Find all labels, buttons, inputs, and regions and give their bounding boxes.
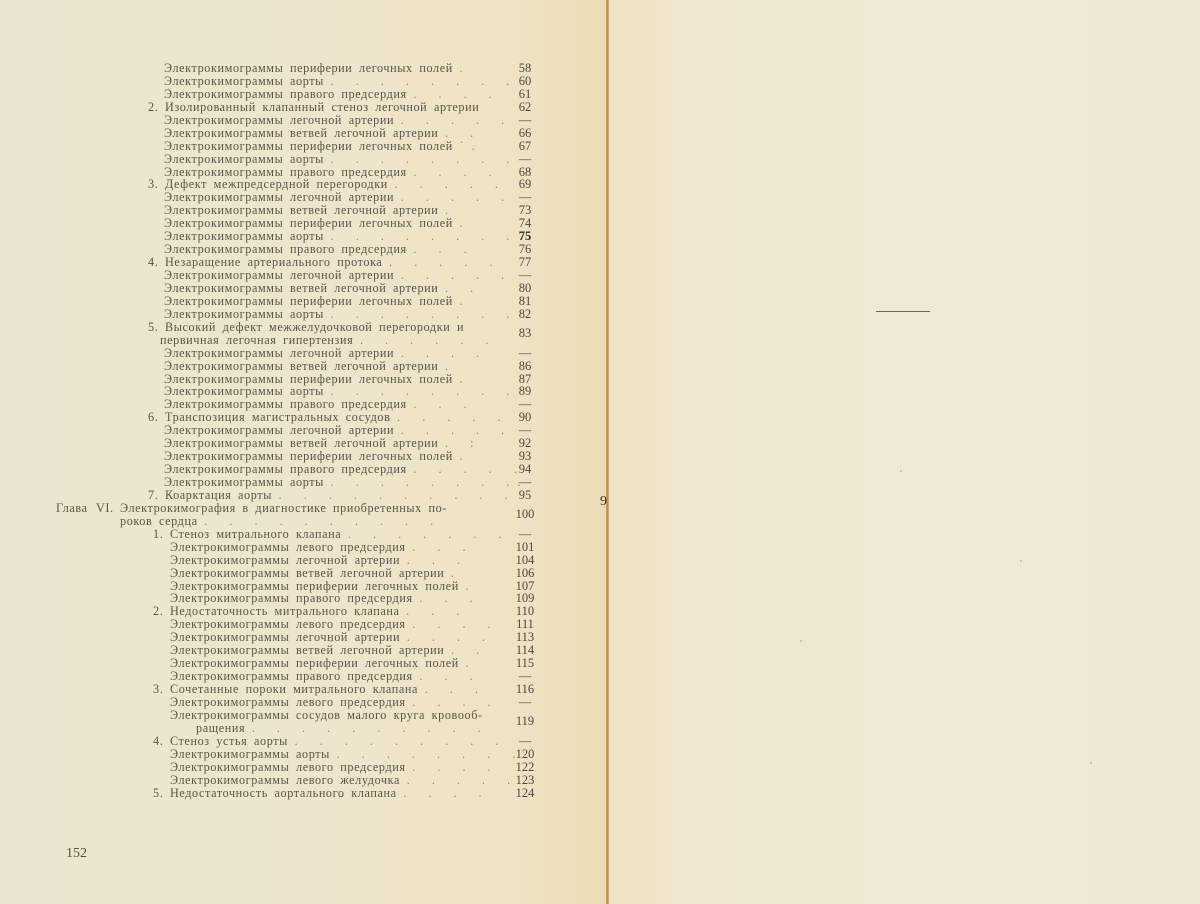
entry-title-text: роков сердца xyxy=(120,514,198,528)
entry-title-text: Электрокимограммы левого предсердия xyxy=(170,540,406,554)
page-reference: 101 xyxy=(510,541,540,554)
leader-dots: . . . . . xyxy=(401,113,512,127)
leader-dots: . . . . xyxy=(407,630,493,644)
leader-dots: . . . . . xyxy=(397,410,508,424)
entry-title-text: 2. Изолированный клапанный стеноз легочн… xyxy=(148,100,479,114)
toc-entry: Электрокимограммы сосудов малого круга к… xyxy=(56,709,540,735)
page-reference: — xyxy=(510,153,540,166)
page-reference: 119 xyxy=(510,715,540,728)
leader-dots: . . . xyxy=(425,682,486,696)
leader-dots: . . . . . xyxy=(407,773,518,787)
leader-dots: . . . . . . . . xyxy=(331,229,518,243)
leader-dots: . . . . . xyxy=(401,423,512,437)
page-reference: — xyxy=(510,528,540,541)
entry-title-text: Электрокимограммы правого предсердия xyxy=(164,462,407,476)
entry-title-text: Электрокимограммы аорты xyxy=(164,475,324,489)
page-number: 152 xyxy=(66,846,87,862)
leader-dots: . xyxy=(460,449,471,463)
entry-title-text: Электрокимограммы правого предсердия xyxy=(164,87,407,101)
leader-dots: ˙. xyxy=(460,139,483,153)
page-reference: — xyxy=(510,114,540,127)
entry-title-text: Электрокимограммы ветвей легочной артери… xyxy=(164,281,438,295)
leader-dots: . xyxy=(460,294,471,308)
entry-title-text: Электрокимограммы левого желудочка xyxy=(170,773,400,787)
toc-entry: 5. Высокий дефект межжелудочковой перего… xyxy=(56,321,540,347)
entry-title-text: Электрокимограммы легочной артерии xyxy=(164,113,394,127)
leader-dots: . . . . . . . . xyxy=(331,152,518,166)
entry-title-text: 7. Коарктация аорты xyxy=(148,488,272,502)
leader-dots: . . . . . . xyxy=(360,333,497,347)
entry-title-text: Электрокимограммы левого предсердия xyxy=(170,617,406,631)
entry-title-text: 6. Транспозиция магистральных сосудов xyxy=(148,410,390,424)
entry-title-text: Электрокимограммы левого предсердия xyxy=(170,760,406,774)
page-reference: 100 xyxy=(510,508,540,521)
spine-mark: 9 xyxy=(600,494,607,510)
leader-dots: . . . . . . . . . . xyxy=(279,488,516,502)
entry-title-text: Электрокимограммы правого предсердия xyxy=(170,669,413,683)
entry-title-text: Электрокимограммы периферии легочных пол… xyxy=(164,449,453,463)
leader-dots: . . . . . . . . . xyxy=(295,734,507,748)
leader-dots: . xyxy=(466,656,477,670)
page-reference: 123 xyxy=(510,774,540,787)
leader-dots: . . xyxy=(445,281,481,295)
entry-title-text: первичная легочная гипертензия xyxy=(160,333,353,347)
entry-title-text: Электрокимограммы легочной артерии xyxy=(164,423,394,437)
leader-dots: . . . . . xyxy=(395,177,506,191)
page-reference: 83 xyxy=(510,327,540,340)
entry-title-text: Электрокимограммы левого предсердия xyxy=(170,695,406,709)
entry-title-text: Электрокимограммы легочной артерии xyxy=(164,268,394,282)
leader-dots: . . . xyxy=(413,397,474,411)
page-reference: 62 xyxy=(510,101,540,114)
leader-dots: . . . . . . . . xyxy=(331,307,518,321)
leader-dots: . . . . xyxy=(412,695,498,709)
paper-speck xyxy=(330,640,332,642)
entry-title-text: Электрокимограммы ветвей легочной артери… xyxy=(164,436,438,450)
page-reference: 120 xyxy=(510,748,540,761)
entry-title-text: Электрокимограммы периферии легочных пол… xyxy=(164,372,453,386)
leader-dots: . . xyxy=(445,126,481,140)
entry-title-text: Электрокимограммы ветвей легочной артери… xyxy=(170,643,444,657)
leader-dots: . . . xyxy=(419,591,480,605)
leader-dots: . . . . . xyxy=(389,255,500,269)
page-reference: 104 xyxy=(510,554,540,567)
toc-chapter-entry: ГлаваVI.Электрокимография в диагностике … xyxy=(56,502,540,528)
leader-dots: . . . . . xyxy=(401,190,512,204)
leader-dots: . . . . xyxy=(401,346,487,360)
leader-dots: . . . . xyxy=(412,760,498,774)
leader-dots: . . . xyxy=(406,604,467,618)
entry-title-text: 3. Сочетанные пороки митрального клапана xyxy=(153,682,418,696)
page-reference: 66 xyxy=(510,127,540,140)
entry-title-text: ращения xyxy=(196,721,245,735)
page-reference: 82 xyxy=(510,308,540,321)
leader-dots: . . xyxy=(451,643,487,657)
entry-title-text: 5. Недостаточность аортального клапана xyxy=(153,786,397,800)
leader-dots: . . . xyxy=(412,540,473,554)
entry-title: 5. Недостаточность аортального клапана .… xyxy=(153,787,490,800)
entry-title-text: Электрокимограммы правого предсердия xyxy=(164,165,407,179)
entry-title-text: Электрокимограммы периферии легочных пол… xyxy=(164,61,453,75)
page-reference: 86 xyxy=(510,360,540,373)
leader-dots: . . . . xyxy=(412,617,498,631)
page-reference: — xyxy=(510,696,540,709)
page-reference: 80 xyxy=(510,282,540,295)
leader-dots: . : xyxy=(445,436,481,450)
entry-title-text: Электрокимограммы периферии легочных пол… xyxy=(164,139,453,153)
entry-title-text: Электрокимограммы аорты xyxy=(164,384,324,398)
entry-title-text: Электрокимограммы легочной артерии xyxy=(170,630,400,644)
right-page: Электрокимограммы аорты . . . . . . .124… xyxy=(609,0,1200,904)
leader-dots: . xyxy=(460,216,471,230)
page-reference: — xyxy=(510,347,540,360)
leader-dots: . . . xyxy=(407,553,468,567)
entry-title-text: 4. Стеноз устья аорты xyxy=(153,734,288,748)
entry-title-text: Электрокимограммы аорты xyxy=(164,229,324,243)
leader-dots: . . . xyxy=(419,669,480,683)
entry-title-text: 2. Недостаточность митрального клапана xyxy=(153,604,399,618)
leader-dots: . . . . xyxy=(403,786,489,800)
entry-title-text: Электрокимограммы правого предсердия xyxy=(170,591,413,605)
leader-dots: . xyxy=(460,61,471,75)
entry-title-text: Электрокимограммы сосудов малого круга к… xyxy=(170,708,483,722)
leader-dots: . xyxy=(466,579,477,593)
chapter-label: Глава xyxy=(56,502,88,515)
leader-dots: . . . . . . . . . . xyxy=(204,514,441,528)
entry-title-text: Электрокимограммы правого предсердия xyxy=(164,242,407,256)
leader-dots: . xyxy=(445,359,456,373)
left-page: Электрокимограммы периферии легочных пол… xyxy=(0,0,607,904)
leader-dots: . . . . xyxy=(413,165,499,179)
entry-title-text: Электрокимограммы периферии легочных пол… xyxy=(170,579,459,593)
entry-title-text: Электрокимограммы ветвей легочной артери… xyxy=(164,126,438,140)
entry-title-text: Электрокимограммы периферии легочных пол… xyxy=(164,216,453,230)
chapter-numeral: VI. xyxy=(96,502,114,515)
entry-title-text: Электрокимограммы аорты xyxy=(170,747,330,761)
entry-title-text: Электрокимограммы аорты xyxy=(164,307,324,321)
page-reference: 60 xyxy=(510,75,540,88)
paper-speck xyxy=(1090,762,1092,764)
entry-title-text: 3. Дефект межпредсердной перегородки xyxy=(148,177,388,191)
leader-dots: . . . . . . . .. xyxy=(331,475,529,489)
entry-title-text: Электрокимограммы легочной артерии xyxy=(170,553,400,567)
page-reference: 124 xyxy=(510,787,540,800)
leader-dots: . . . . . xyxy=(401,268,512,282)
entry-title-text: Электрокимограммы ветвей легочной артери… xyxy=(164,203,438,217)
leader-dots: . . . . xyxy=(413,87,499,101)
entry-title-text: Электрокимограммы ветвей легочной артери… xyxy=(170,566,444,580)
paper-speck xyxy=(900,470,902,472)
leader-dots: . xyxy=(445,203,456,217)
entry-title-text: Электрокимография в диагностике приобрет… xyxy=(120,501,447,515)
leader-dots: . . . . . . . . xyxy=(331,74,518,88)
toc-left: Электрокимограммы периферии легочных пол… xyxy=(56,62,540,799)
page-reference: 61 xyxy=(510,88,540,101)
paper-speck xyxy=(800,640,802,642)
leader-dots: . . . . . . . . xyxy=(337,747,524,761)
leader-dots: . . . . . . . . . . xyxy=(252,721,489,735)
entry-title-text: 4. Незаращение артериального протока xyxy=(148,255,382,269)
entry-title-text: Электрокимограммы легочной артерии xyxy=(164,190,394,204)
entry-title-text: Электрокимограммы периферии легочных пол… xyxy=(170,656,459,670)
entry-title-text: Электрокимограммы аорты xyxy=(164,152,324,166)
entry-title-text: 5. Высокий дефект межжелудочковой перего… xyxy=(148,320,464,334)
page-reference: 95 xyxy=(510,489,540,502)
leader-dots: . . . . . . . . xyxy=(331,384,518,398)
leader-dots: . . . xyxy=(413,242,474,256)
page-reference: — xyxy=(510,269,540,282)
leader-dots: . xyxy=(451,566,462,580)
entry-title-text: Электрокимограммы правого предсердия xyxy=(164,397,407,411)
end-rule xyxy=(876,311,930,312)
entry-title-text: Электрокимограммы легочной артерии xyxy=(164,346,394,360)
leader-dots: . . . . . xyxy=(413,462,524,476)
page-reference: 106 xyxy=(510,567,540,580)
leader-dots: . xyxy=(460,372,471,386)
leader-dots: . . . . . . . xyxy=(348,527,510,541)
toc-entry: 5. Недостаточность аортального клапана .… xyxy=(56,787,540,800)
entry-title-text: Электрокимограммы ветвей легочной артери… xyxy=(164,359,438,373)
entry-title-text: 1. Стеноз митрального клапана xyxy=(153,527,341,541)
paper-speck xyxy=(1020,560,1022,562)
entry-title-text: Электрокимограммы периферии легочных пол… xyxy=(164,294,453,308)
entry-title-text: Электрокимограммы аорты xyxy=(164,74,324,88)
